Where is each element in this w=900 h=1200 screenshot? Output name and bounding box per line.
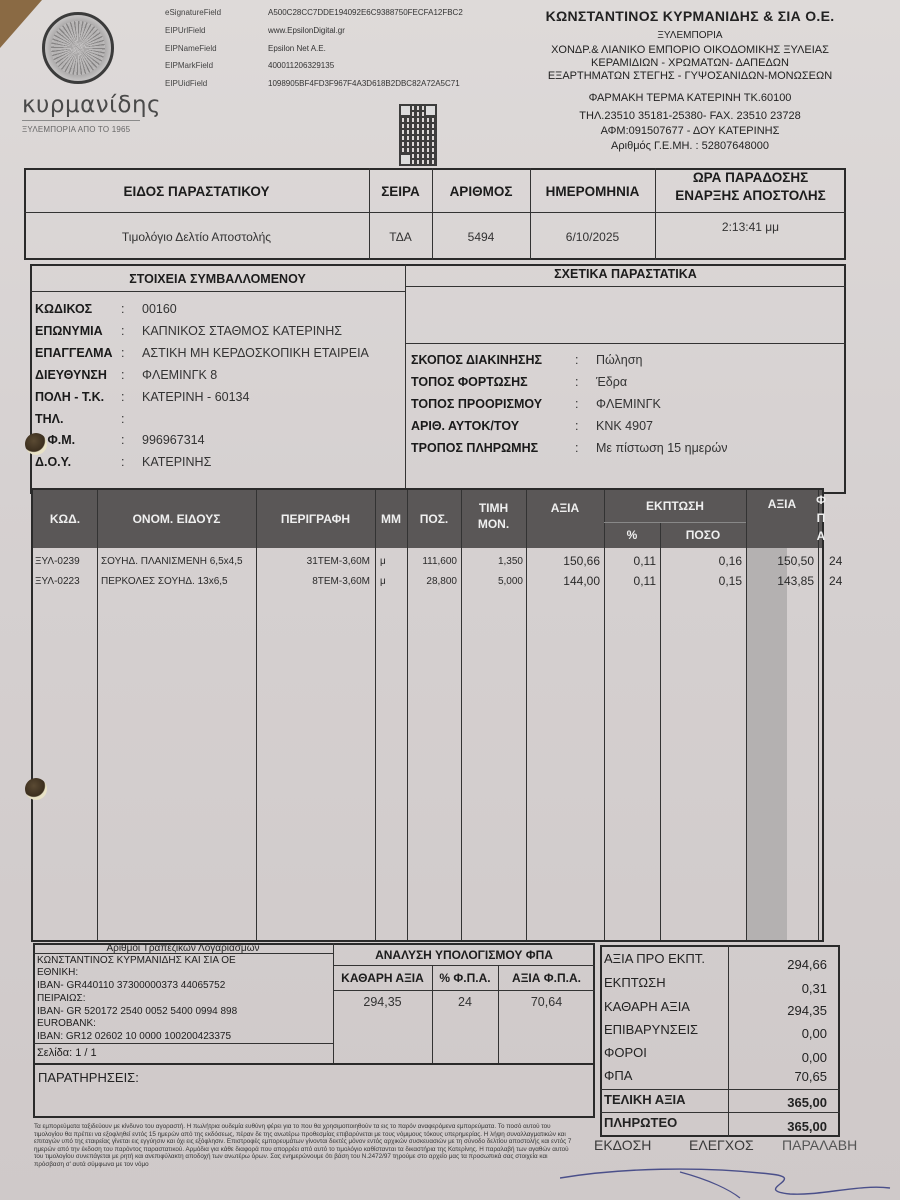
- date-value: 6/10/2025: [530, 214, 655, 260]
- col-vat-2: Π: [818, 509, 824, 527]
- sig-label: eSignatureField: [165, 8, 221, 17]
- col-discount-amt: ΠΟΣΟ: [660, 522, 746, 548]
- bank-iban: IBAN: GR12 02602 10 0000 100200423375: [37, 1031, 231, 1042]
- item-unit: μ: [380, 576, 386, 587]
- company-address: ΦΑΡΜΑΚΗ ΤΕΡΜΑ ΚΑΤΕΡΙΝΗ ΤΚ.60100: [480, 92, 900, 105]
- company-name: ΚΩΝΣΤΑΝΤΙΝΟΣ ΚΥΡΜΑΝΙΔΗΣ & ΣΙΑ Ο.Ε.: [480, 8, 900, 24]
- doc-type-header: ΕΙΔΟΣ ΠΑΡΑΣΤΑΤΙΚΟΥ: [24, 170, 369, 212]
- series-value: ΤΔΑ: [369, 214, 432, 260]
- sig-value: 1098905BF4FD3F967F4A3D618B2DBC82A72A5C71: [268, 79, 468, 93]
- total-before-discount: 294,66: [735, 957, 827, 972]
- bank-line: ΠΕΙΡΑΙΩΣ:: [37, 993, 85, 1004]
- customer-tax-office: ΚΑΤΕΡΙΝΗΣ: [142, 455, 211, 469]
- company-tax-id: ΑΦΜ:091507677 - ΔΟΥ ΚΑΤΕΡΙΝΗΣ: [480, 125, 900, 138]
- desk-corner: [0, 0, 42, 48]
- customer-city-zip: ΚΑΤΕΡΙΝΗ - 60134: [142, 390, 249, 404]
- logo-divider: [22, 120, 140, 121]
- sig-value: Epsilon Net A.E.: [268, 44, 468, 54]
- col-discount-pct: %: [604, 522, 660, 548]
- field-label: ΤΡΟΠΟΣ ΠΛΗΡΩΜΗΣ: [411, 441, 538, 455]
- item-description: 8ΤΕΜ-3,60Μ: [258, 576, 370, 587]
- punch-hole: [25, 433, 47, 455]
- total-label: ΑΞΙΑ ΠΡΟ ΕΚΠΤ.: [604, 951, 705, 966]
- col-value: ΑΞΙΑ: [526, 490, 604, 526]
- field-label: Δ.Ο.Υ.: [35, 455, 71, 469]
- company-gemi: Αριθμός Γ.Ε.ΜΗ. : 52807648000: [480, 140, 900, 153]
- vat-analysis-title: ΑΝΑΛΥΣΗ ΥΠΟΛΟΓΙΣΜΟΥ ΦΠΑ: [333, 945, 595, 965]
- col-vat-3: Α: [818, 527, 824, 545]
- total-charges: 0,00: [735, 1026, 827, 1041]
- total-label: ΦΟΡΟΙ: [604, 1045, 647, 1060]
- item-net-value: 143,85: [748, 574, 814, 588]
- item-discount-amt: 0,16: [662, 554, 742, 568]
- company-line: ΚΕΡΑΜΙΔΙΩΝ - ΧΡΩΜΑΤΩΝ- ΔΑΠΕΔΩΝ: [480, 57, 900, 70]
- col-qty: ΠΟΣ.: [407, 490, 461, 548]
- payable-value: 365,00: [735, 1119, 827, 1134]
- customer-address: ΦΛΕΜΙΝΓΚ 8: [142, 368, 217, 382]
- item-vat: 24: [829, 574, 842, 588]
- col-net-value: ΑΞΙΑ: [746, 490, 818, 518]
- sig-label: EIPUrlField: [165, 26, 205, 35]
- bank-line: ΚΩΝΣΤΑΝΤΙΝΟΣ ΚΥΡΜΑΝΙΔΗΣ ΚΑΙ ΣΙΑ ΟΕ: [37, 955, 236, 966]
- col-description: ΠΕΡΙΓΡΑΦΗ: [256, 490, 375, 548]
- page-number: Σελίδα: 1 / 1: [37, 1047, 97, 1059]
- handwritten-signature: [560, 1160, 900, 1200]
- total-vat: 70,65: [735, 1069, 827, 1084]
- field-label: ΤΟΠΟΣ ΠΡΟΟΡΙΣΜΟΥ: [411, 397, 542, 411]
- customer-profession: ΑΣΤΙΚΗ ΜΗ ΚΕΡΔΟΣΚΟΠΙΚΗ ΕΤΑΙΡΕΙΑ: [142, 346, 369, 360]
- final-total-label: ΤΕΛΙΚΗ ΑΞΙΑ: [604, 1092, 686, 1107]
- customer-code: 00160: [142, 302, 177, 316]
- bank-line: EUROBANK:: [37, 1018, 96, 1029]
- dispatch-start-header: ΕΝΑΡΞΗΣ ΑΠΟΣΤΟΛΗΣ: [655, 184, 846, 206]
- customer-tax-id: 996967314: [142, 433, 205, 447]
- total-label: ΕΠΙΒΑΡΥΝΣΕΙΣ: [604, 1022, 698, 1037]
- signature-check: ΕΛΕΓΧΟΣ: [689, 1137, 754, 1153]
- customer-name: ΚΑΠΝΙΚΟΣ ΣΤΑΘΜΟΣ ΚΑΤΕΡΙΝΗΣ: [142, 324, 342, 338]
- bank-line: ΕΘΝΙΚΗ:: [37, 967, 78, 978]
- sig-label: EIPUidField: [165, 79, 207, 88]
- company-activity: ΞΥΛΕΜΠΟΡΙΑ: [480, 30, 900, 41]
- total-label: ΕΚΠΤΩΣΗ: [604, 975, 666, 990]
- logo-tagline: ΞΥΛΕΜΠΟΡΙΑ ΑΠΟ ΤΟ 1965: [22, 125, 130, 134]
- logo-emblem: [42, 12, 114, 84]
- item-code: ΞΥΛ-0223: [35, 576, 80, 587]
- final-total-value: 365,00: [735, 1095, 827, 1110]
- time-value: 2:13:41 μμ: [655, 212, 846, 242]
- destination: ΦΛΕΜΙΝΓΚ: [596, 397, 661, 411]
- field-label: ΣΚΟΠΟΣ ΔΙΑΚΙΝΗΣΗΣ: [411, 353, 542, 367]
- item-vat: 24: [829, 554, 842, 568]
- vat-col-amount: ΑΞΙΑ Φ.Π.Α.: [498, 966, 595, 990]
- vat-amount-value: 70,64: [498, 991, 595, 1013]
- movement-purpose: Πώληση: [596, 353, 642, 367]
- counterparty-title: ΣΤΟΙΧΕΙΑ ΣΥΜΒΑΛΛΟΜΕΝΟΥ: [30, 266, 405, 291]
- item-value: 150,66: [528, 554, 600, 568]
- doc-type-value: Τιμολόγιο Δελτίο Αποστολής: [24, 214, 369, 260]
- total-label: ΚΑΘΑΡΗ ΑΞΙΑ: [604, 999, 690, 1014]
- field-label: ΤΟΠΟΣ ΦΟΡΤΩΣΗΣ: [411, 375, 528, 389]
- item-name: ΠΕΡΚΟΛΕΣ ΣΟΥΗΔ. 13x6,5: [101, 576, 228, 587]
- series-header: ΣΕΙΡΑ: [369, 170, 432, 212]
- item-discount-pct: 0,11: [606, 574, 656, 588]
- item-value: 144,00: [528, 574, 600, 588]
- qr-code: [399, 104, 437, 166]
- net-value-column-shade: [747, 548, 787, 940]
- item-description: 31ΤΕΜ-3,60Μ: [258, 556, 370, 567]
- sig-value: www.EpsilonDigital.gr: [268, 26, 468, 36]
- field-label: ΠΟΛΗ - Τ.Κ.: [35, 390, 104, 404]
- vat-col-net: ΚΑΘΑΡΗ ΑΞΙΑ: [333, 966, 432, 990]
- company-line: ΧΟΝΔΡ.& ΛΙΑΝΙΚΟ ΕΜΠΟΡΙΟ ΟΙΚΟΔΟΜΙΚΗΣ ΞΥΛΕ…: [480, 44, 900, 57]
- sig-value: A500C28CC7DDE194092E6C9388750FECFA12FBC2: [268, 8, 468, 20]
- item-unit: μ: [380, 556, 386, 567]
- legal-terms: Τα εμπορεύματα ταξιδεύουν με κίνδυνο του…: [34, 1123, 574, 1169]
- item-qty: 111,600: [409, 556, 457, 567]
- punch-hole: [25, 778, 47, 800]
- field-label: ΔΙΕΥΘΥΝΣΗ: [35, 368, 107, 382]
- col-discount: ΕΚΠΤΩΣΗ: [604, 490, 746, 522]
- field-label: ΕΠΑΓΓΕΛΜΑ: [35, 346, 113, 360]
- number-header: ΑΡΙΘΜΟΣ: [432, 170, 530, 212]
- field-label: ΤΗΛ.: [35, 412, 63, 426]
- sig-value: 400011206329135: [268, 61, 468, 71]
- related-docs-title: ΣΧΕΤΙΚΑ ΠΑΡΑΣΤΑΤΙΚΑ: [405, 262, 846, 286]
- payable-label: ΠΛΗΡΩΤΕΟ: [604, 1115, 677, 1130]
- col-code: ΚΩΔ.: [33, 490, 97, 548]
- col-unit-price: ΤΙΜΗ: [461, 500, 526, 516]
- bank-accounts-title: Αριθμοί Τραπεζικών Λογαριασμών: [33, 943, 333, 954]
- total-label: ΦΠΑ: [604, 1068, 632, 1083]
- field-label: ΕΠΩΝΥΜΙΑ: [35, 324, 103, 338]
- item-net-value: 150,50: [748, 554, 814, 568]
- vat-col-rate: % Φ.Π.Α.: [432, 966, 498, 990]
- remarks-label: ΠΑΡΑΤΗΡΗΣΕΙΣ:: [38, 1070, 139, 1085]
- field-label: ΚΩΔΙΚΟΣ: [35, 302, 92, 316]
- item-name: ΣΟΥΗΔ. ΠΛΑΝΙΣΜΕΝΗ 6,5x4,5: [101, 556, 243, 567]
- loading-place: Έδρα: [596, 375, 627, 389]
- signature-receipt: ΠΑΡΑΛΑΒΗ: [782, 1137, 857, 1153]
- vat-net-value: 294,35: [333, 991, 432, 1013]
- date-header: ΗΜΕΡΟΜΗΝΙΑ: [530, 170, 655, 212]
- number-value: 5494: [432, 214, 530, 260]
- logo-wordmark: κυρμανίδης: [22, 92, 161, 118]
- payment-method: Με πίστωση 15 ημερών: [596, 441, 727, 455]
- bank-iban: IBAN- GR 520172 2540 0052 5400 0994 898: [37, 1006, 237, 1017]
- total-net: 294,35: [735, 1003, 827, 1018]
- item-discount-amt: 0,15: [662, 574, 742, 588]
- vat-rate-value: 24: [432, 991, 498, 1013]
- item-qty: 28,800: [409, 576, 457, 587]
- col-unit: ΜΜ: [375, 490, 407, 548]
- sig-label: EIPMarkField: [165, 61, 213, 70]
- item-code: ΞΥΛ-0239: [35, 556, 80, 567]
- item-discount-pct: 0,11: [606, 554, 656, 568]
- signature-issue: ΕΚΔΟΣΗ: [594, 1137, 651, 1153]
- bank-iban: IBAN- GR440110 37300000373 44065752: [37, 980, 225, 991]
- field-label: ΑΡΙΘ. ΑΥΤΟΚ/ΤΟΥ: [411, 419, 519, 433]
- col-vat: Φ: [818, 491, 824, 509]
- item-unit-price: 5,000: [463, 576, 523, 587]
- item-unit-price: 1,350: [463, 556, 523, 567]
- col-unit-price-2: ΜΟΝ.: [461, 516, 526, 532]
- company-line: ΕΞΑΡΤΗΜΑΤΩΝ ΣΤΕΓΗΣ - ΓΥΨΟΣΑΝΙΔΩΝ-ΜΟΝΩΣΕΩ…: [480, 70, 900, 83]
- vehicle-number: KNK 4907: [596, 419, 653, 433]
- total-taxes: 0,00: [735, 1050, 827, 1065]
- sig-label: EIPNameField: [165, 44, 217, 53]
- total-discount: 0,31: [735, 981, 827, 996]
- company-phone: ΤΗΛ.23510 35181-25380- FAX. 23510 23728: [480, 110, 900, 123]
- col-item-name: ΟΝΟΜ. ΕΙΔΟΥΣ: [97, 490, 256, 548]
